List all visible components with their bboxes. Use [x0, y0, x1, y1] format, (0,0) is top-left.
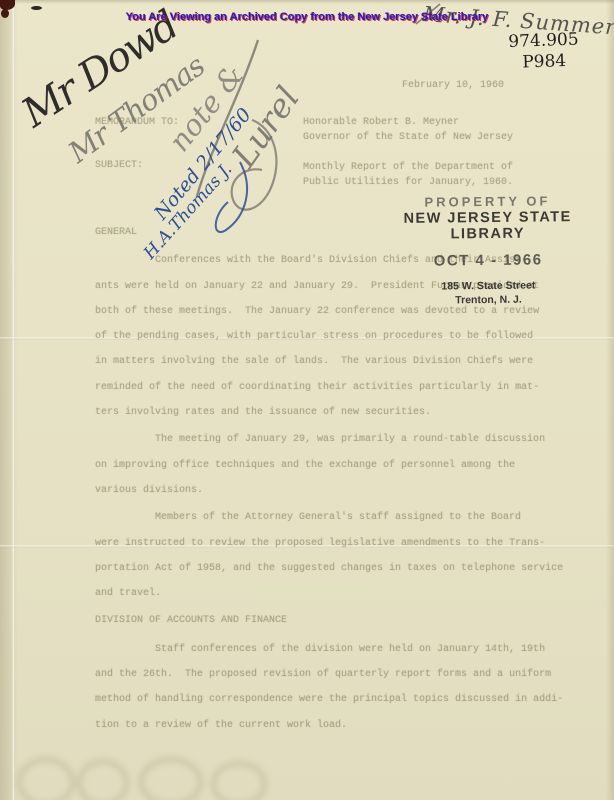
call-number-cutter: P984 [509, 51, 580, 74]
handwritten-call-number: 974.905 P984 [508, 30, 580, 74]
scanned-document-page: You Are Viewing an Archived Copy from th… [0, 0, 614, 800]
archive-banner-text: You Are Viewing an Archived Copy from th… [126, 11, 489, 23]
call-number-class: 974.905 [508, 30, 579, 53]
